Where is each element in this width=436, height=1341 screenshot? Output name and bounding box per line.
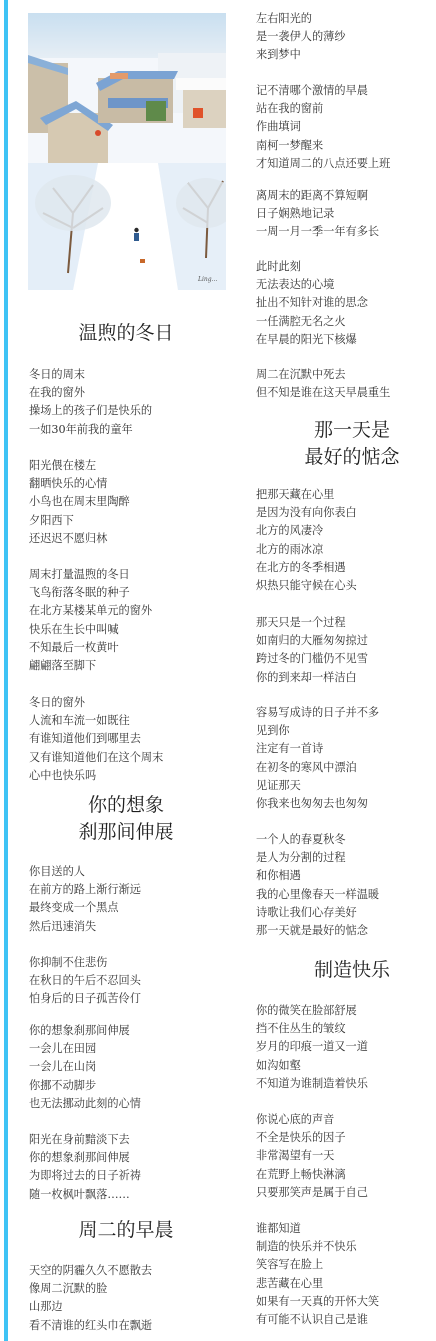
poem-line: 周末打量温煦的冬日 xyxy=(29,566,152,584)
stanza: 冬日的窗外 人流和车流一如既往 有谁知道他们到哪里去 又有谁知道他们在这个周末 … xyxy=(29,694,163,785)
stanza: 周末打量温煦的冬日 飞鸟衔落冬眠的种子 在北方某楼某单元的窗外 快乐在生长中叫喊… xyxy=(29,566,152,675)
stanza: 那天只是一个过程 如南归的大雁匆匆掠过 跨过冬的门槛仍不见雪 你的到来却一样洁白 xyxy=(256,614,368,687)
poem-line: 北方的风凄冷 xyxy=(256,522,357,540)
poem-line: 在我的窗外 xyxy=(29,384,152,402)
poem-line: 见到你 xyxy=(256,722,379,740)
poem-line: 我的心里像春天一样温暖 xyxy=(256,886,379,904)
poem-line: 炽热只能守候在心头 xyxy=(256,577,357,595)
stanza: 你目送的人 在前方的路上渐行渐远 最终变成一个黑点 然后迅速消失 xyxy=(29,863,141,936)
stanza: 左右阳光的 是一袭伊人的薄纱 来到梦中 xyxy=(256,10,346,65)
poem-line: 看不清谁的红头巾在飘逝 xyxy=(29,1317,152,1335)
poem-line: 冬日的窗外 xyxy=(29,694,163,712)
poem-line: 一任满腔无名之火 xyxy=(256,313,368,331)
poem-line: 翻晒快乐的心情 xyxy=(29,475,130,493)
poem-line: 阳光在身前黯淡下去 xyxy=(29,1131,141,1149)
poem-line: 你的到来却一样洁白 xyxy=(256,669,368,687)
poem-line: 把那天藏在心里 xyxy=(256,486,357,504)
poem-line: 挡不住丛生的皱纹 xyxy=(256,1020,368,1038)
stanza: 一个人的春夏秋冬 是人为分割的过程 和你相遇 我的心里像春天一样温暖 诗歌让我们… xyxy=(256,831,379,940)
poem-line: 扯出不知针对谁的思念 xyxy=(256,294,368,312)
poem-line: 无法表达的心境 xyxy=(256,276,368,294)
poem-line: 你目送的人 xyxy=(29,863,141,881)
poem-line: 但不知是谁在这天早晨重生 xyxy=(256,384,390,402)
poem-line: 如果有一天真的开怀大笑 xyxy=(256,1293,379,1311)
poem-line: 南柯一梦醒来 xyxy=(256,137,390,155)
poem-line: 你挪不动脚步 xyxy=(29,1077,141,1095)
poem-line: 心中也快乐吗 xyxy=(29,767,163,785)
poem-line: 是人为分割的过程 xyxy=(256,849,379,867)
poem-line: 操场上的孩子们是快乐的 xyxy=(29,402,152,420)
poem-line: 有谁知道他们到哪里去 xyxy=(29,730,163,748)
poem-line: 注定有一首诗 xyxy=(256,740,379,758)
poem-line: 为即将过去的日子祈祷 xyxy=(29,1167,141,1185)
poem-line: 然后迅速消失 xyxy=(29,918,141,936)
stanza: 离周末的距离不算短啊 日子娴熟地记录 一周一月一季一年有多长 xyxy=(256,187,379,242)
svg-text:Ling...: Ling... xyxy=(197,276,217,283)
stanza: 你说心底的声音 不全是快乐的因子 非常渴望有一天 在荒野上畅快淋漓 只要那笑声是… xyxy=(256,1111,368,1202)
poem-line: 一会儿在山岗 xyxy=(29,1058,141,1076)
poem-line: 非常渴望有一天 xyxy=(256,1147,368,1165)
poem-line: 离周末的距离不算短啊 xyxy=(256,187,379,205)
poem-title: 温煦的冬日 xyxy=(28,320,224,347)
poem-line: 跨过冬的门槛仍不见雪 xyxy=(256,650,368,668)
poem-line: 人流和车流一如既往 xyxy=(29,712,163,730)
poem-line: 翩翩落至脚下 xyxy=(29,657,152,675)
poem-line: 容易写成诗的日子并不多 xyxy=(256,704,379,722)
poem-line: 小鸟也在周末里陶醉 xyxy=(29,493,130,511)
poem-line: 一个人的春夏秋冬 xyxy=(256,831,379,849)
stanza: 周二在沉默中死去 但不知是谁在这天早晨重生 xyxy=(256,366,390,402)
poem-line: 如沟如壑 xyxy=(256,1057,368,1075)
poem-line: 站在我的窗前 xyxy=(256,100,390,118)
poem-line: 谁都知道 xyxy=(256,1220,379,1238)
poem-line: 你抑制不住悲伤 xyxy=(29,954,141,972)
poem-line: 作曲填词 xyxy=(256,118,390,136)
poem-line: 岁月的印痕一道又一道 xyxy=(256,1038,368,1056)
stanza: 把那天藏在心里 是因为没有向你表白 北方的风凄冷 北方的雨冰凉 在北方的冬季相遇… xyxy=(256,486,357,595)
poem-line: 冬日的周末 xyxy=(29,366,152,384)
poem-title: 周二的早晨 xyxy=(28,1217,224,1244)
poem-line: 此时此刻 xyxy=(256,258,368,276)
poem-line: 周二在沉默中死去 xyxy=(256,366,390,384)
poem-line: 最终变成一个黑点 xyxy=(29,899,141,917)
poem-line: 在荒野上畅快淋漓 xyxy=(256,1166,368,1184)
left-accent-bar xyxy=(4,0,8,1341)
stanza: 天空的阴霾久久不愿散去 像周二沉默的脸 山那边 看不清谁的红头巾在飘逝 xyxy=(29,1262,152,1335)
poem-line: 在前方的路上渐行渐远 xyxy=(29,881,141,899)
poem-line: 一周一月一季一年有多长 xyxy=(256,223,379,241)
stanza: 谁都知道 制造的快乐并不快乐 笑容写在脸上 悲苦藏在心里 如果有一天真的开怀大笑… xyxy=(256,1220,379,1329)
poem-line: 才知道周二的八点还要上班 xyxy=(256,155,390,173)
poem-line: 在秋日的午后不忍回头 xyxy=(29,972,141,990)
poem-line: 不知最后一枚黄叶 xyxy=(29,639,152,657)
poem-line: 一会儿在田园 xyxy=(29,1040,141,1058)
stanza: 阳光在身前黯淡下去 你的想象刹那间伸展 为即将过去的日子祈祷 随一枚枫叶飘落…… xyxy=(29,1131,141,1204)
poem-line: 怕身后的日子孤苦伶仃 xyxy=(29,990,141,1008)
poem-line: 如南归的大雁匆匆掠过 xyxy=(256,632,368,650)
poem-line: 制造的快乐并不快乐 xyxy=(256,1238,379,1256)
poem-line: 是一袭伊人的薄纱 xyxy=(256,28,346,46)
stanza: 你抑制不住悲伤 在秋日的午后不忍回头 怕身后的日子孤苦伶仃 xyxy=(29,954,141,1009)
poem-line: 不全是快乐的因子 xyxy=(256,1129,368,1147)
poem-line: 也无法挪动此刻的心情 xyxy=(29,1095,141,1113)
stanza: 容易写成诗的日子并不多 见到你 注定有一首诗 在初冬的寒风中漂泊 见证那天 你我… xyxy=(256,704,379,813)
poem-line: 左右阳光的 xyxy=(256,10,346,28)
poem-title: 那一天是 最好的惦念 xyxy=(254,417,436,471)
poem-line: 日子娴熟地记录 xyxy=(256,205,379,223)
poem-line: 不知道为谁制造着快乐 xyxy=(256,1075,368,1093)
stanza: 你的想象刹那间伸展 一会儿在田园 一会儿在山岗 你挪不动脚步 也无法挪动此刻的心… xyxy=(29,1022,141,1113)
poem-line: 记不清哪个激情的早晨 xyxy=(256,82,390,100)
poem-line: 有可能不认识自己是谁 xyxy=(256,1311,379,1329)
stanza: 记不清哪个激情的早晨 站在我的窗前 作曲填词 南柯一梦醒来 才知道周二的八点还要… xyxy=(256,82,390,173)
poem-line: 那天只是一个过程 xyxy=(256,614,368,632)
stanza: 阳光偎在楼左 翻晒快乐的心情 小鸟也在周末里陶醉 夕阳西下 还迟迟不愿归林 xyxy=(29,457,130,548)
poem-line: 诗歌让我们心存美好 xyxy=(256,904,379,922)
stanza: 此时此刻 无法表达的心境 扯出不知针对谁的思念 一任满腔无名之火 在早晨的阳光下… xyxy=(256,258,368,349)
poem-line: 阳光偎在楼左 xyxy=(29,457,130,475)
poem-line: 飞鸟衔落冬眠的种子 xyxy=(29,584,152,602)
poem-line: 像周二沉默的脸 xyxy=(29,1280,152,1298)
stanza: 冬日的周末 在我的窗外 操场上的孩子们是快乐的 一如30年前我的童年 xyxy=(29,366,152,439)
poem-line: 山那边 xyxy=(29,1298,152,1316)
poem-line: 在北方某楼某单元的窗外 xyxy=(29,602,152,620)
poem-line: 还迟迟不愿归林 xyxy=(29,530,130,548)
poem-line: 夕阳西下 xyxy=(29,512,130,530)
poem-line: 在初冬的寒风中漂泊 xyxy=(256,759,379,777)
stanza: 你的微笑在脸部舒展 挡不住丛生的皱纹 岁月的印痕一道又一道 如沟如壑 不知道为谁… xyxy=(256,1002,368,1093)
poem-line: 那一天就是最好的惦念 xyxy=(256,922,379,940)
poem-line: 悲苦藏在心里 xyxy=(256,1275,379,1293)
poem-line: 你的想象刹那间伸展 xyxy=(29,1149,141,1167)
poem-line: 又有谁知道他们在这个周末 xyxy=(29,749,163,767)
poem-line: 笑容写在脸上 xyxy=(256,1256,379,1274)
poem-line: 来到梦中 xyxy=(256,46,346,64)
poem-line: 和你相遇 xyxy=(256,867,379,885)
poem-line: 是因为没有向你表白 xyxy=(256,504,357,522)
poem-line: 你我来也匆匆去也匆匆 xyxy=(256,795,379,813)
poem-line: 在早晨的阳光下核爆 xyxy=(256,331,368,349)
poem-line: 你说心底的声音 xyxy=(256,1111,368,1129)
poem-line: 随一枚枫叶飘落…… xyxy=(29,1186,141,1204)
poem-line: 天空的阴霾久久不愿散去 xyxy=(29,1262,152,1280)
poem-line: 你的想象刹那间伸展 xyxy=(29,1022,141,1040)
poem-line: 只要那笑声是属于自己 xyxy=(256,1184,368,1202)
poem-title: 你的想象 刹那间伸展 xyxy=(28,792,224,846)
poem-line: 北方的雨冰凉 xyxy=(256,541,357,559)
poem-title: 制造快乐 xyxy=(254,957,436,984)
poem-line: 在北方的冬季相遇 xyxy=(256,559,357,577)
winter-village-painting: Ling... xyxy=(28,13,226,290)
poem-line: 见证那天 xyxy=(256,777,379,795)
poem-line: 快乐在生长中叫喊 xyxy=(29,621,152,639)
poem-line: 一如30年前我的童年 xyxy=(29,421,152,439)
poem-line: 你的微笑在脸部舒展 xyxy=(256,1002,368,1020)
